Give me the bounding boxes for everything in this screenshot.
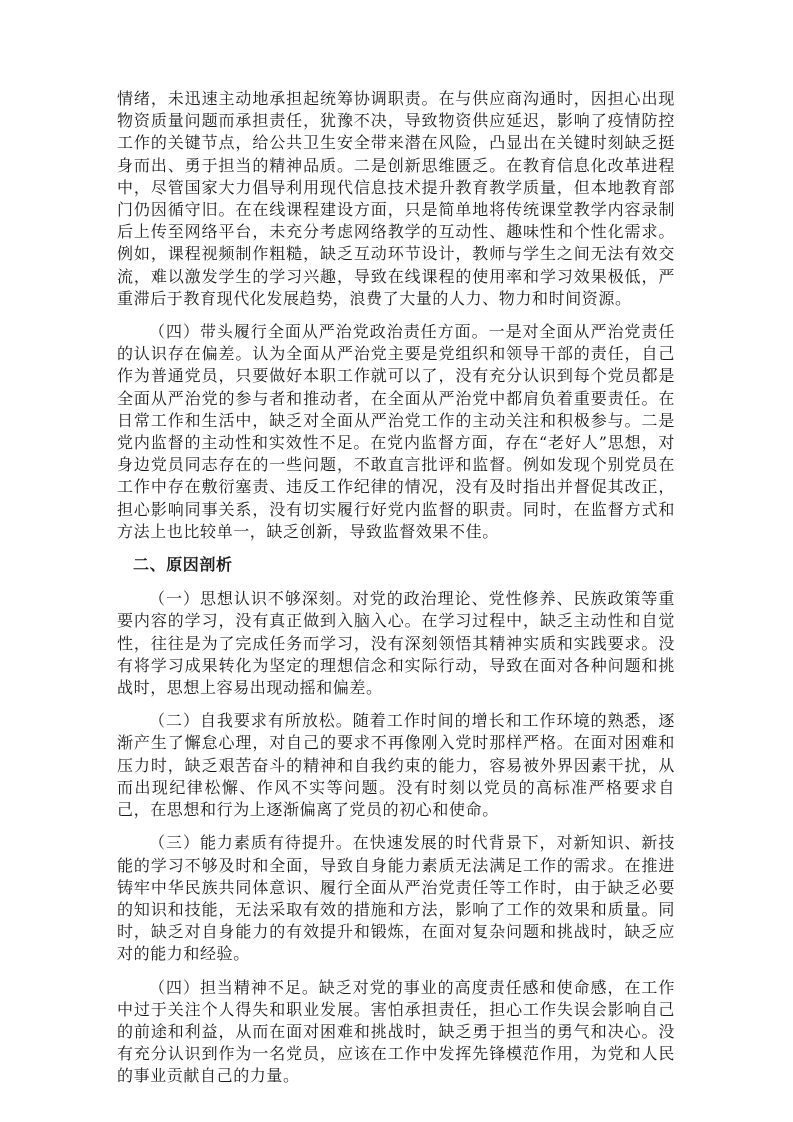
paragraph-ideological-understanding: （一）思想认识不够深刻。对党的政治理论、党性修养、民族政策等重要内容的学习，没有…: [117, 588, 675, 699]
paragraph-continuation: 情绪，未迅速主动地承担起统筹协调职责。在与供应商沟通时，因担心出现物资质量问题而…: [117, 88, 675, 310]
paragraph-competence: （三）能力素质有待提升。在快速发展的时代背景下，对新知识、新技能的学习不够及时和…: [117, 832, 675, 965]
paragraph-self-discipline: （二）自我要求有所放松。随着工作时间的增长和工作环境的熟悉，逐渐产生了懈怠心理，…: [117, 710, 675, 821]
paragraph-party-governance-responsibility: （四）带头履行全面从严治党政治责任方面。一是对全面从严治党责任的认识存在偏差。认…: [117, 321, 675, 543]
document-page: 情绪，未迅速主动地承担起统筹协调职责。在与供应商沟通时，因担心出现物资质量问题而…: [117, 88, 675, 1099]
paragraph-responsibility-spirit: （四）担当精神不足。缺乏对党的事业的高度责任感和使命感，在工作中过于关注个人得失…: [117, 977, 675, 1088]
section-heading-cause-analysis: 二、原因剖析: [117, 554, 675, 576]
